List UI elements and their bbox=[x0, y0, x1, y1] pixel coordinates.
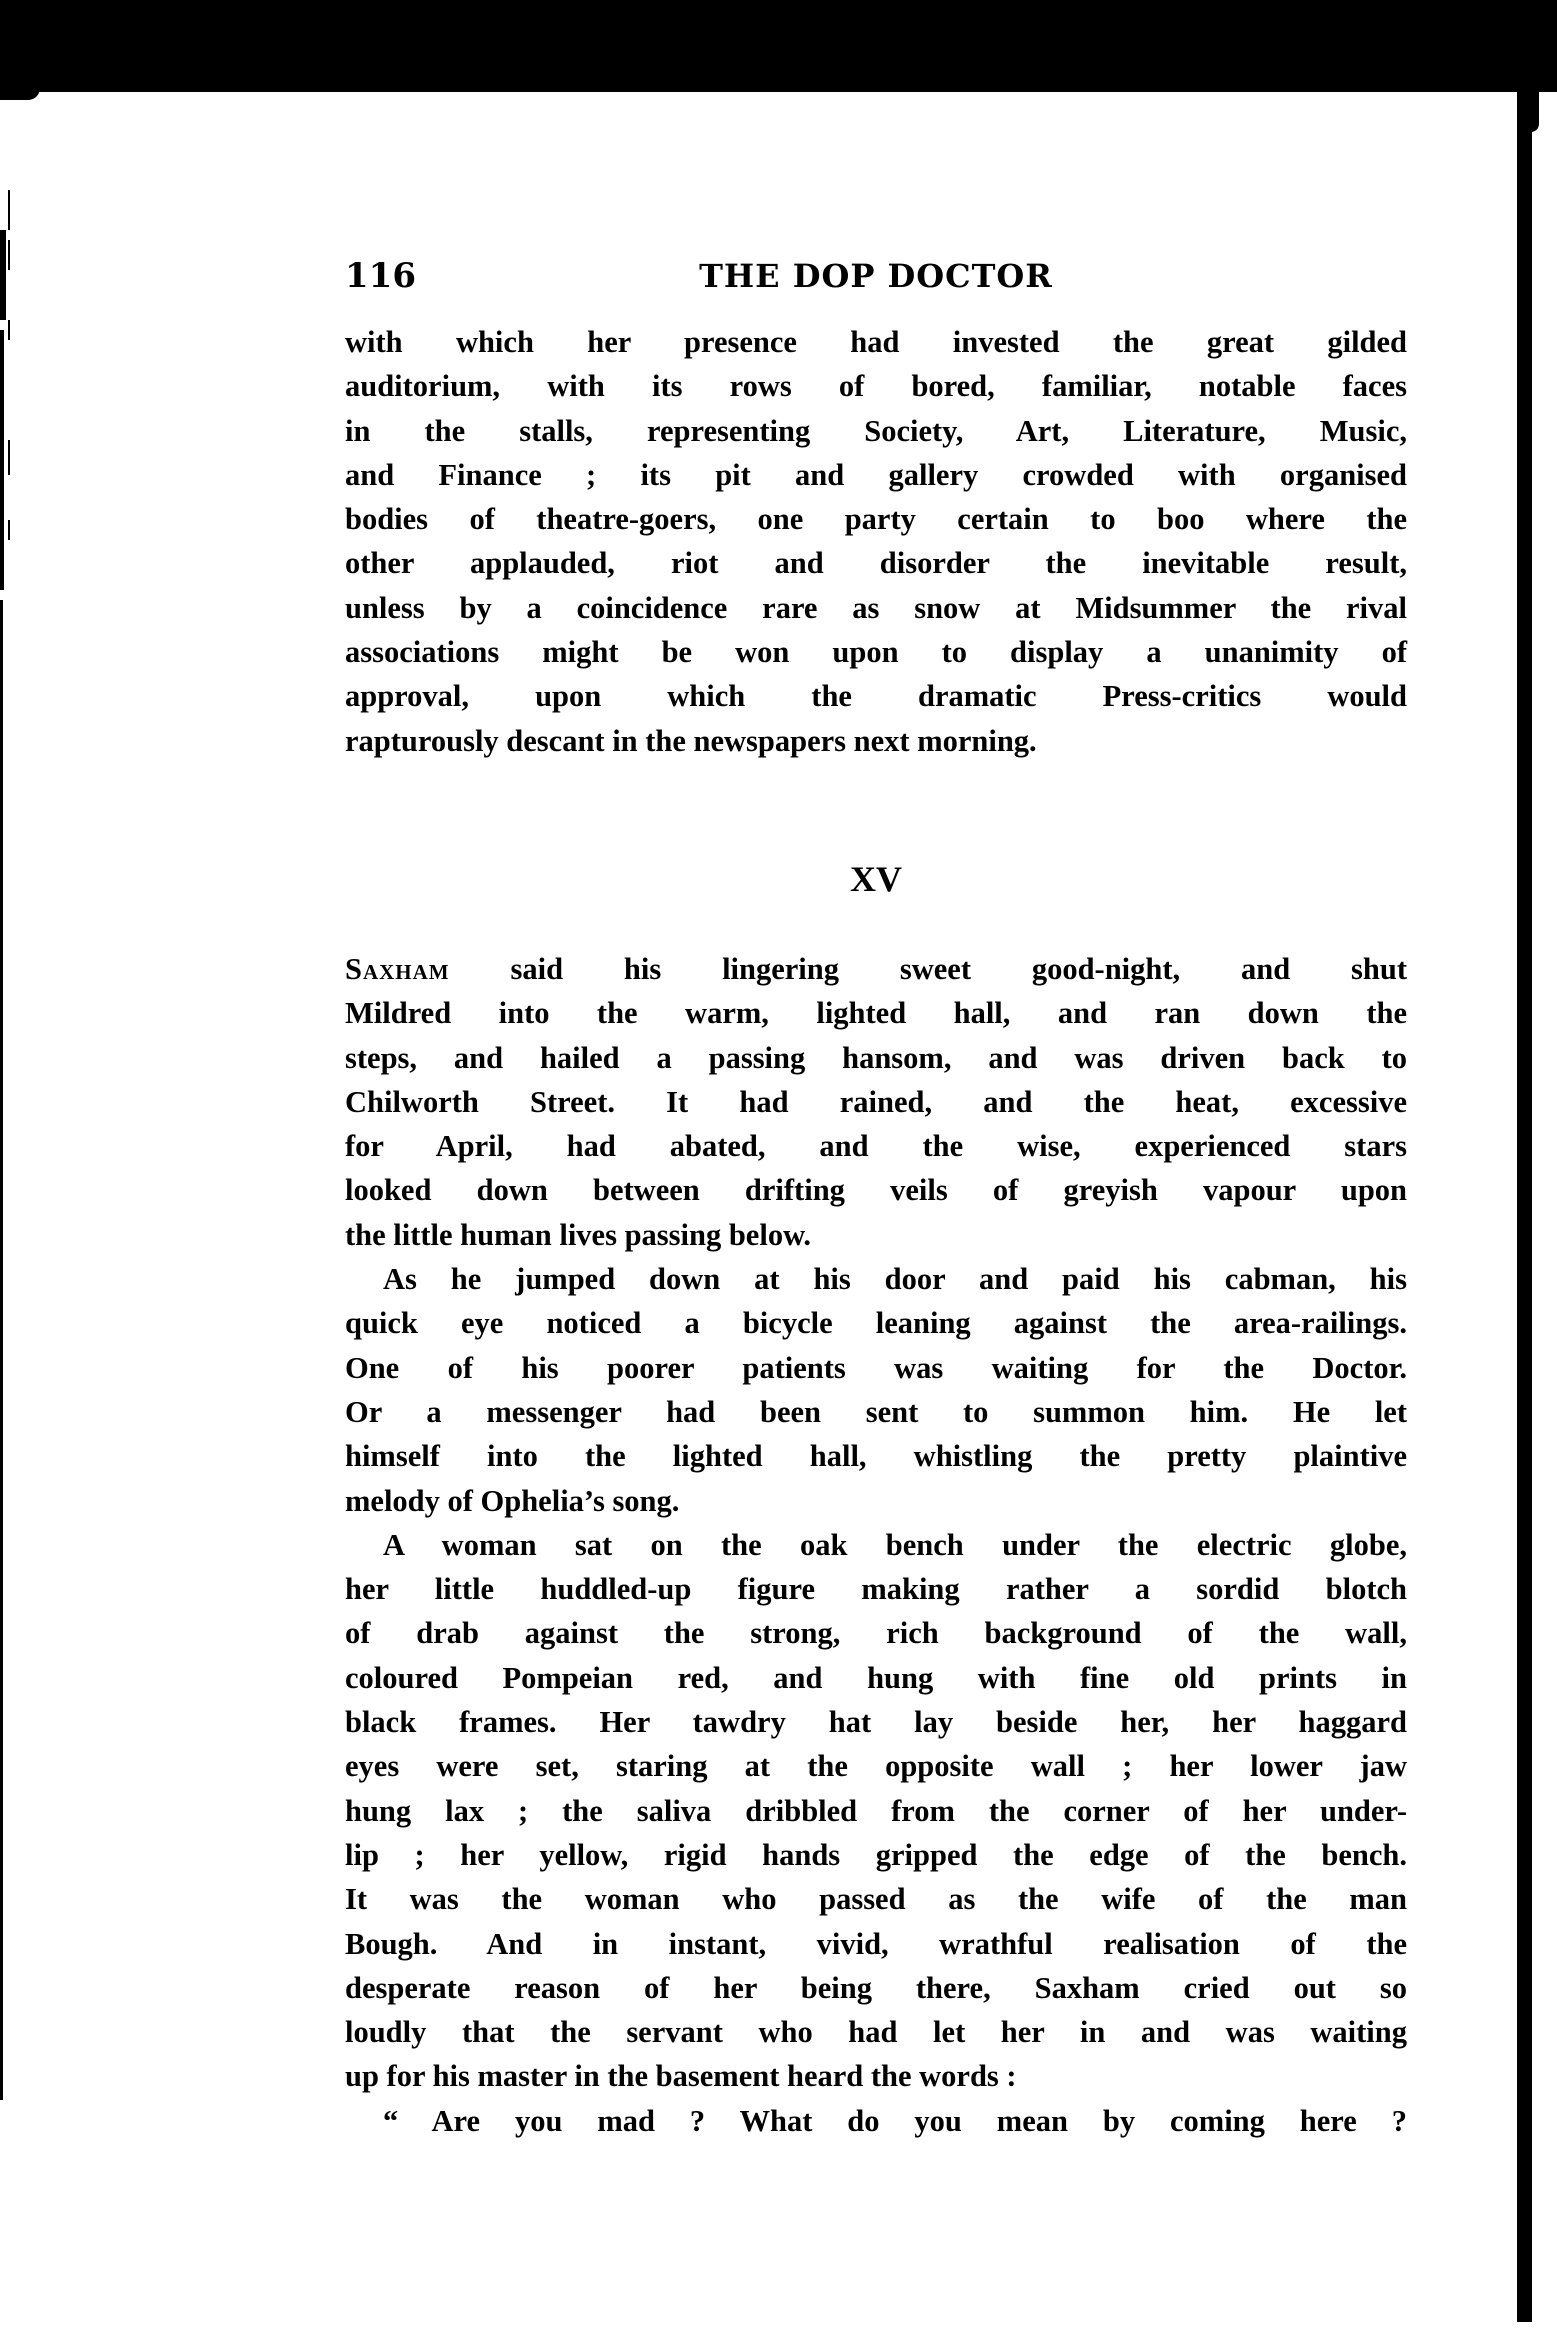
text-line: Chilworth Street. It had rained, and the… bbox=[345, 1080, 1407, 1124]
paragraph: A woman sat on the oak bench under the e… bbox=[345, 1523, 1407, 2099]
text-line: of drab against the strong, rich backgro… bbox=[345, 1611, 1407, 1655]
scan-left-edge-noise bbox=[0, 600, 3, 2100]
text-line: other applauded, riot and disorder the i… bbox=[345, 541, 1407, 585]
text-line: for April, had abated, and the wise, exp… bbox=[345, 1124, 1407, 1168]
text-line: It was the woman who passed as the wife … bbox=[345, 1877, 1407, 1921]
scan-left-edge-noise bbox=[8, 320, 10, 340]
paragraph: As he jumped down at his door and paid h… bbox=[345, 1257, 1407, 1523]
chapter-number: XV bbox=[345, 855, 1407, 903]
scan-right-border-top bbox=[1517, 92, 1539, 132]
scan-left-edge-noise bbox=[0, 330, 4, 590]
text-line: himself into the lighted hall, whistling… bbox=[345, 1434, 1407, 1478]
text-line: rapturously descant in the newspapers ne… bbox=[345, 719, 1407, 763]
text-line: the little human lives passing below. bbox=[345, 1213, 1407, 1257]
text-line: coloured Pompeian red, and hung with fin… bbox=[345, 1656, 1407, 1700]
text-line: melody of Ophelia’s song. bbox=[345, 1479, 1407, 1523]
text-line: her little huddled-up figure making rath… bbox=[345, 1567, 1407, 1611]
scan-left-edge-noise bbox=[8, 190, 10, 230]
scan-top-border bbox=[0, 0, 1557, 92]
text-line: desperate reason of her being there, Sax… bbox=[345, 1966, 1407, 2010]
text-line: approval, upon which the dramatic Press-… bbox=[345, 674, 1407, 718]
text-line: associations might be won upon to displa… bbox=[345, 630, 1407, 674]
opening-word: Saxham bbox=[345, 952, 450, 986]
text-line: steps, and hailed a passing hansom, and … bbox=[345, 1036, 1407, 1080]
paragraph: “ Are you mad ? What do you mean by comi… bbox=[345, 2099, 1407, 2143]
continued-paragraph: with which her presence had invested the… bbox=[345, 320, 1407, 763]
text-line: A woman sat on the oak bench under the e… bbox=[345, 1523, 1407, 1567]
paragraph: Saxham said his lingering sweet good-nig… bbox=[345, 947, 1407, 1257]
text-line: with which her presence had invested the… bbox=[345, 320, 1407, 364]
chapter-body: Saxham said his lingering sweet good-nig… bbox=[345, 947, 1407, 2143]
text-line: quick eye noticed a bicycle leaning agai… bbox=[345, 1301, 1407, 1345]
text-line: auditorium, with its rows of bored, fami… bbox=[345, 364, 1407, 408]
text-line: looked down between drifting veils of gr… bbox=[345, 1168, 1407, 1212]
text-line: One of his poorer patients was waiting f… bbox=[345, 1346, 1407, 1390]
text-line: bodies of theatre-goers, one party certa… bbox=[345, 497, 1407, 541]
scan-top-border-curl bbox=[0, 88, 40, 100]
scan-left-edge-noise bbox=[8, 520, 10, 540]
text-line: up for his master in the basement heard … bbox=[345, 2054, 1407, 2098]
text-line: eyes were set, staring at the opposite w… bbox=[345, 1744, 1407, 1788]
running-head: 116 THE DOP DOCTOR bbox=[345, 252, 1407, 300]
text-line: in the stalls, representing Society, Art… bbox=[345, 409, 1407, 453]
text-line: and Finance ; its pit and gallery crowde… bbox=[345, 453, 1407, 497]
text-line: lip ; her yellow, rigid hands gripped th… bbox=[345, 1833, 1407, 1877]
running-title: THE DOP DOCTOR bbox=[345, 252, 1407, 300]
text-line: hung lax ; the saliva dribbled from the … bbox=[345, 1789, 1407, 1833]
book-page: 116 THE DOP DOCTOR with which her presen… bbox=[345, 252, 1407, 2143]
text-line: Or a messenger had been sent to summon h… bbox=[345, 1390, 1407, 1434]
text-line: black frames. Her tawdry hat lay beside … bbox=[345, 1700, 1407, 1744]
scan-right-border bbox=[1517, 92, 1532, 2322]
scan-left-edge-noise bbox=[0, 230, 6, 320]
text-line: unless by a coincidence rare as snow at … bbox=[345, 586, 1407, 630]
text-line: “ Are you mad ? What do you mean by comi… bbox=[345, 2099, 1407, 2143]
scan-left-edge-noise bbox=[8, 440, 10, 475]
text-line: As he jumped down at his door and paid h… bbox=[345, 1257, 1407, 1301]
text-line: Mildred into the warm, lighted hall, and… bbox=[345, 991, 1407, 1035]
scan-left-edge-noise bbox=[8, 240, 10, 270]
text-line: loudly that the servant who had let her … bbox=[345, 2010, 1407, 2054]
text-line-rest: said his lingering sweet good-night, and… bbox=[450, 952, 1407, 986]
text-line: Saxham said his lingering sweet good-nig… bbox=[345, 947, 1407, 991]
text-line: Bough. And in instant, vivid, wrathful r… bbox=[345, 1922, 1407, 1966]
